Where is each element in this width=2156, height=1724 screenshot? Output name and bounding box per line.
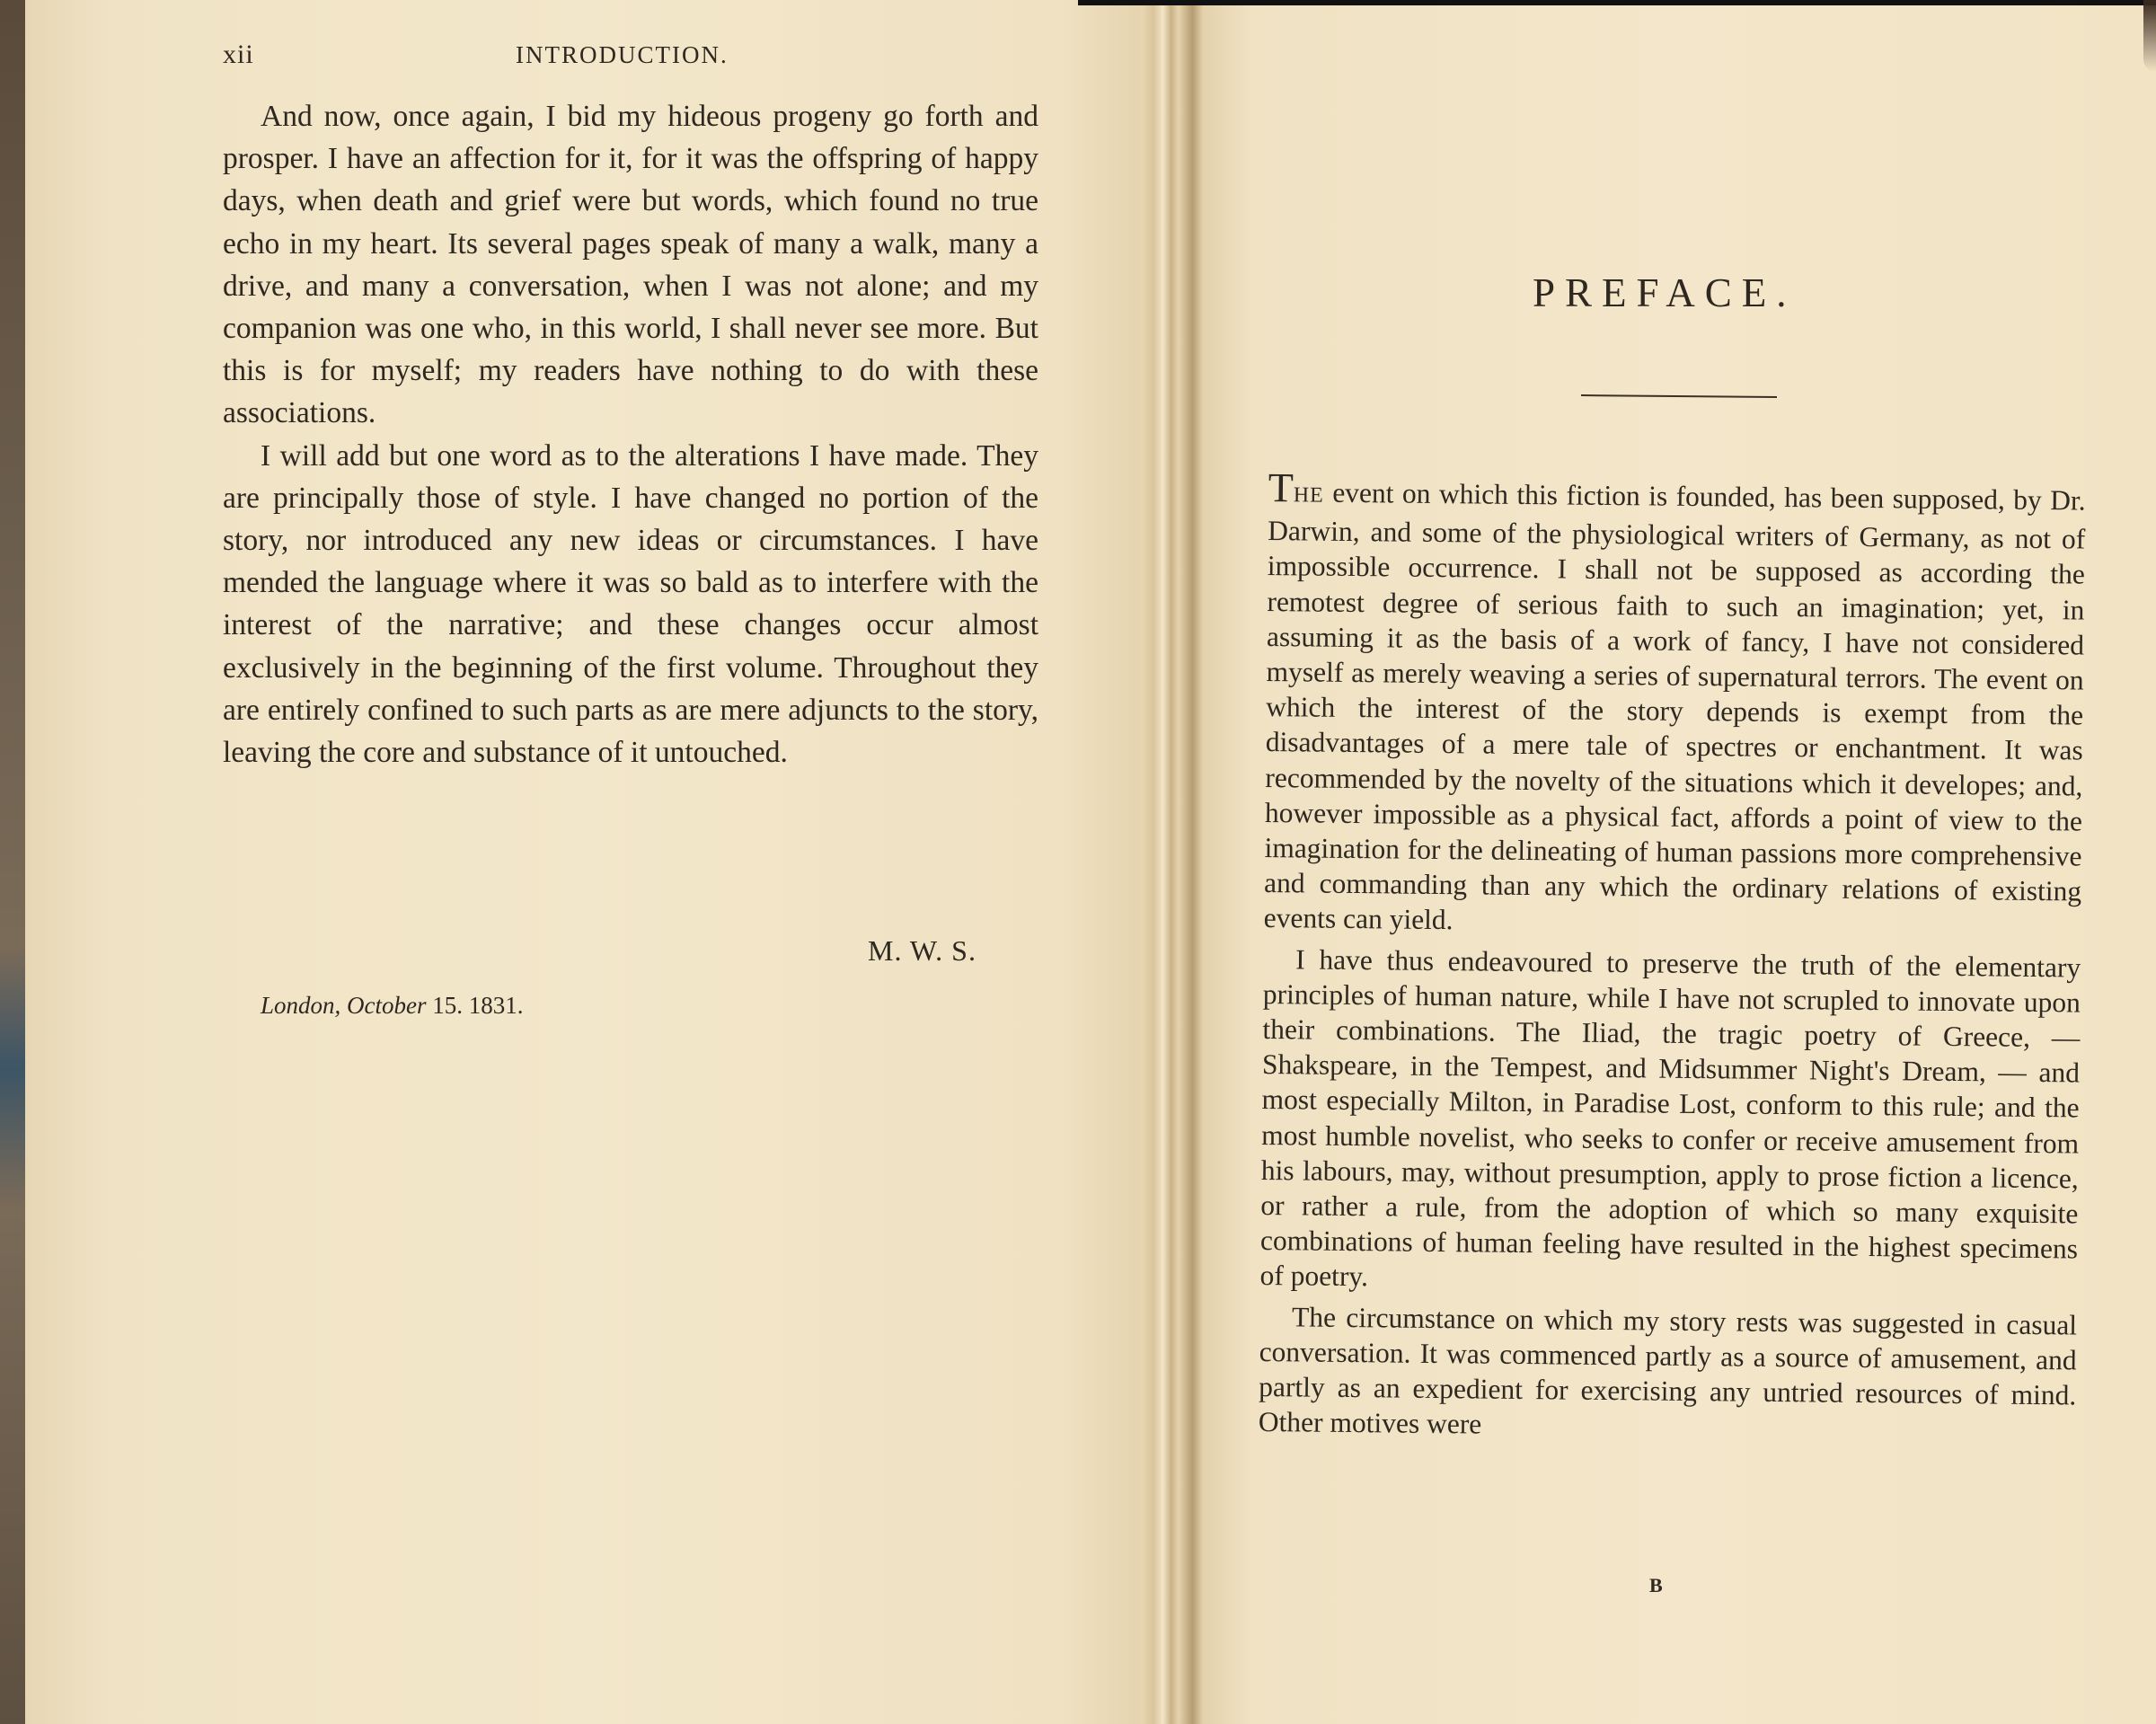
paragraph: THE event on which this fiction is found… xyxy=(1264,467,2086,944)
book-spread: xii INTRODUCTION. And now, once again, I… xyxy=(0,0,2156,1724)
dateline-month: October xyxy=(347,992,426,1019)
paragraph: I have thus endeavoured to preserve the … xyxy=(1259,942,2081,1303)
running-head-title: INTRODUCTION. xyxy=(516,41,729,69)
paragraph: I will add but one word as to the altera… xyxy=(223,435,1038,774)
dateline: London, October 15. 1831. xyxy=(261,992,524,1020)
small-caps: HE xyxy=(1294,483,1324,507)
paragraph: The circumstance on which my story rests… xyxy=(1259,1299,2078,1448)
paragraph-text: event on which this fiction is founded, … xyxy=(1264,477,2086,936)
page-number: xii xyxy=(223,40,254,70)
drop-cap: T xyxy=(1268,464,1294,510)
page-corner-shadow xyxy=(2143,0,2156,72)
book-binding-edge xyxy=(0,0,25,1724)
dateline-date: 15. 1831. xyxy=(432,992,523,1019)
signature-mark: B xyxy=(1649,1574,1663,1597)
paragraph: And now, once again, I bid my hideous pr… xyxy=(223,95,1038,435)
author-initials: M. W. S. xyxy=(868,934,976,968)
scan-border xyxy=(1078,0,2156,5)
running-head: xii INTRODUCTION. xyxy=(223,40,1040,75)
dateline-place: London, xyxy=(261,992,340,1019)
preface-body: THE event on which this fiction is found… xyxy=(1259,467,2086,1448)
chapter-title: PREFACE. xyxy=(1533,270,1796,316)
book-gutter xyxy=(1141,0,1204,1724)
introduction-body: And now, once again, I bid my hideous pr… xyxy=(223,95,1038,774)
